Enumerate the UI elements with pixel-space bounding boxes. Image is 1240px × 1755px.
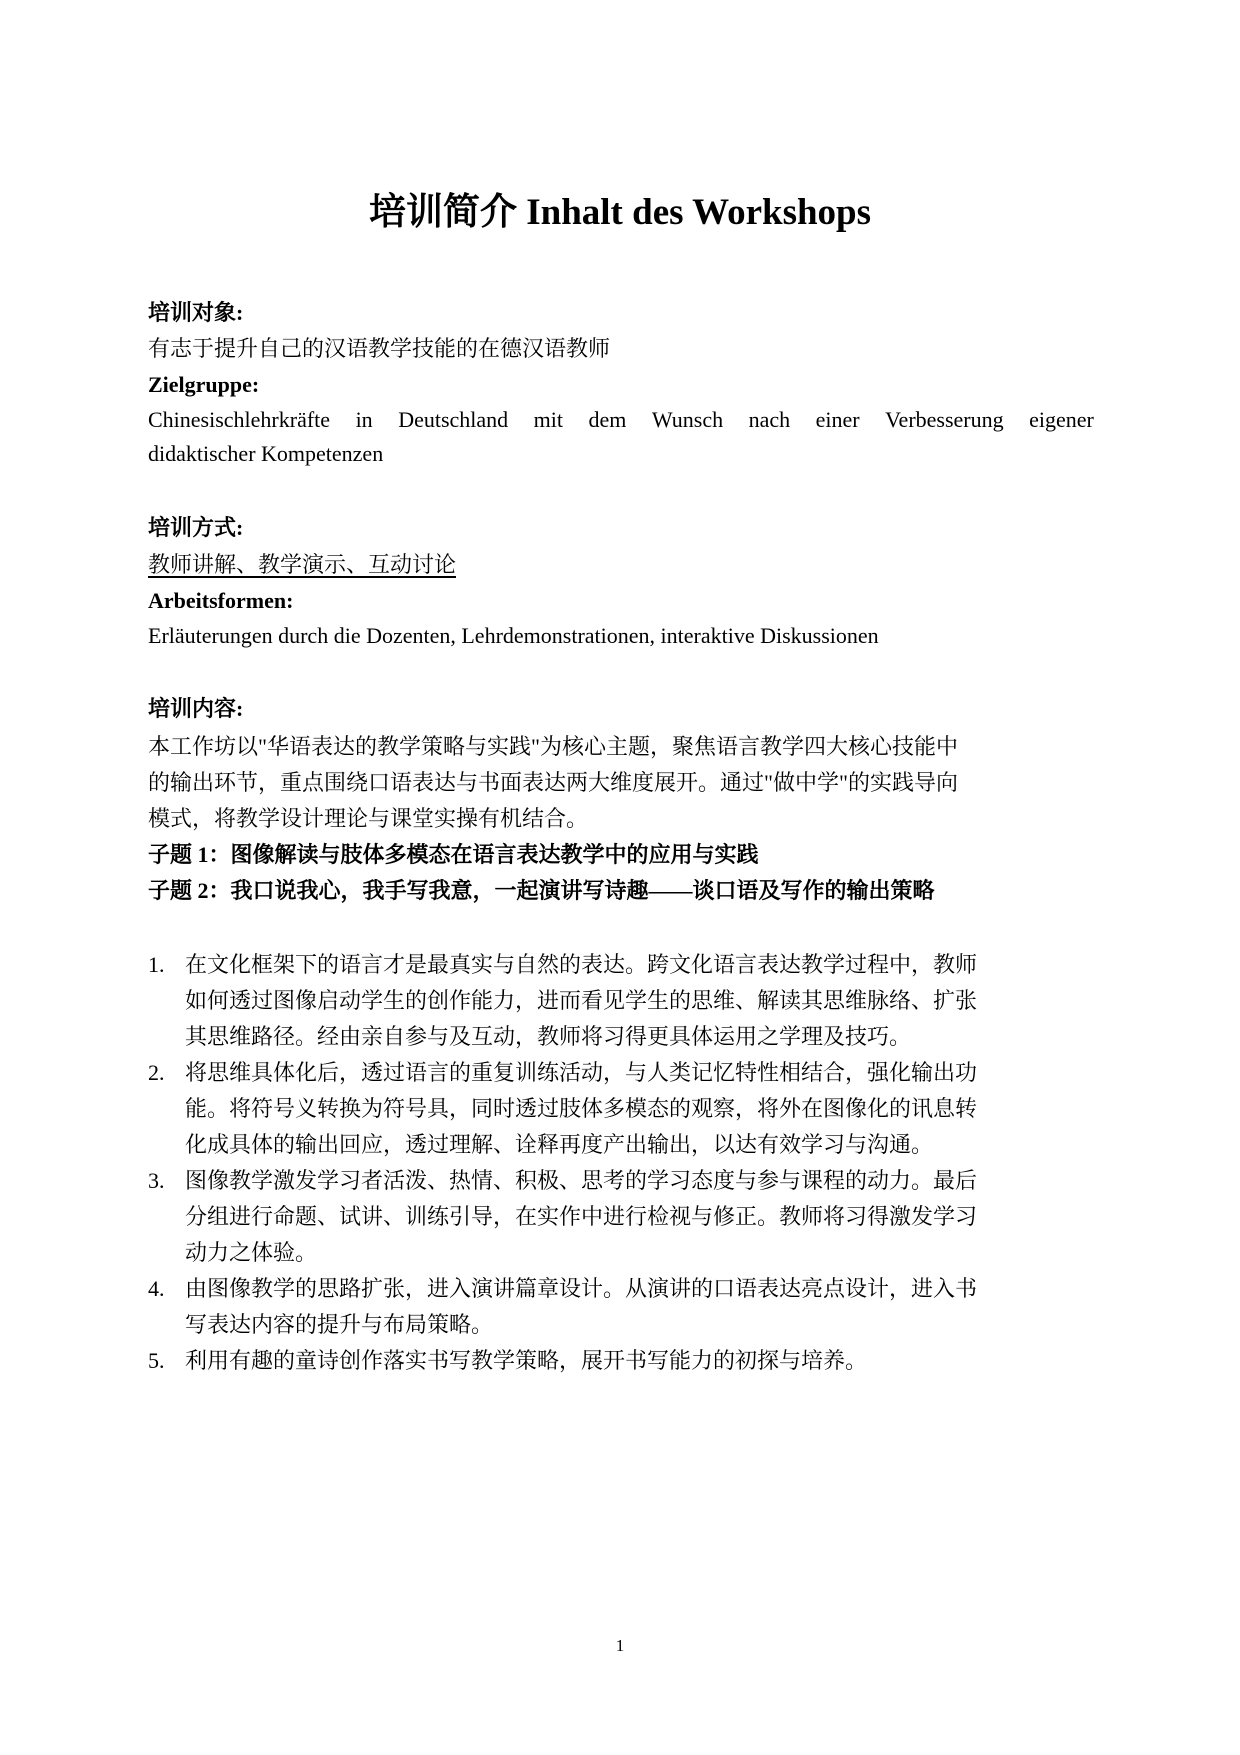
word: in [356, 405, 373, 435]
list-line: 如何透过图像启动学生的创作能力，进而看见学生的思维、解读其思维脉络、扩张 [185, 986, 977, 1016]
word: nach [749, 405, 791, 435]
content-heading-zh: 培训内容: [148, 694, 243, 724]
list-number: 4. [148, 1274, 182, 1304]
list-line: 动力之体验。 [185, 1238, 317, 1268]
list-line: 能。将符号义转换为符号具，同时透过肢体多模态的观察，将外在图像化的讯息转 [185, 1094, 977, 1124]
content-intro-line: 本工作坊以"华语表达的教学策略与实践"为核心主题，聚焦语言教学四大核心技能中 [148, 732, 958, 762]
list-line: 利用有趣的童诗创作落实书写教学策略，展开书写能力的初探与培养。 [185, 1346, 867, 1376]
list-line: 由图像教学的思路扩张，进入演讲篇章设计。从演讲的口语表达亮点设计，进入书 [185, 1274, 977, 1304]
list-line: 将思维具体化后，透过语言的重复训练活动，与人类记忆特性相结合，强化输出功 [185, 1058, 977, 1088]
target-heading-zh: 培训对象: [148, 298, 243, 328]
format-heading-de: Arbeitsformen: [148, 586, 293, 616]
format-heading-zh: 培训方式: [148, 513, 243, 543]
content-intro-line: 模式，将教学设计理论与课堂实操有机结合。 [148, 804, 588, 834]
word: einer [816, 405, 860, 435]
list-line: 化成具体的输出回应，透过理解、诠释再度产出输出，以达有效学习与沟通。 [185, 1130, 933, 1160]
word: mit [534, 405, 563, 435]
target-heading-de: Zielgruppe: [148, 370, 259, 400]
target-text-zh: 有志于提升自己的汉语教学技能的在德汉语教师 [148, 334, 610, 364]
list-line: 图像教学激发学习者活泼、热情、积极、思考的学习态度与参与课程的动力。最后 [185, 1166, 977, 1196]
page-number: 1 [0, 1634, 1240, 1658]
word: eigener [1029, 405, 1094, 435]
list-number: 5. [148, 1346, 182, 1376]
list-line: 写表达内容的提升与布局策略。 [185, 1310, 493, 1340]
list-number: 3. [148, 1166, 182, 1196]
page-title: 培训简介 Inhalt des Workshops [0, 188, 1240, 238]
document-page: 培训简介 Inhalt des Workshops 培训对象: 有志于提升自己的… [0, 0, 1240, 1755]
target-text-de-line1: Chinesischlehrkräfte in Deutschland mit … [148, 405, 1094, 435]
word: dem [589, 405, 627, 435]
list-line: 其思维路径。经由亲自参与及互动，教师将习得更具体运用之学理及技巧。 [185, 1022, 911, 1052]
format-text-de: Erläuterungen durch die Dozenten, Lehrde… [148, 621, 879, 651]
word: Chinesischlehrkräfte [148, 405, 330, 435]
list-number: 1. [148, 950, 182, 980]
target-text-de-line2: didaktischer Kompetenzen [148, 439, 383, 469]
word: Wunsch [652, 405, 723, 435]
word: Deutschland [398, 405, 508, 435]
word: Verbesserung [885, 405, 1004, 435]
content-intro-line: 的输出环节，重点围绕口语表达与书面表达两大维度展开。通过"做中学"的实践导向 [148, 768, 958, 798]
list-line: 分组进行命题、试讲、训练引导，在实作中进行检视与修正。教师将习得激发学习 [185, 1202, 977, 1232]
subtopic-2: 子题 2：我口说我心，我手写我意，一起演讲写诗趣——谈口语及写作的输出策略 [148, 876, 935, 906]
subtopic-1: 子题 1：图像解读与肢体多模态在语言表达教学中的应用与实践 [148, 840, 759, 870]
format-text-zh: 教师讲解、教学演示、互动讨论 [148, 550, 456, 580]
list-number: 2. [148, 1058, 182, 1088]
list-line: 在文化框架下的语言才是最真实与自然的表达。跨文化语言表达教学过程中，教师 [185, 950, 977, 980]
